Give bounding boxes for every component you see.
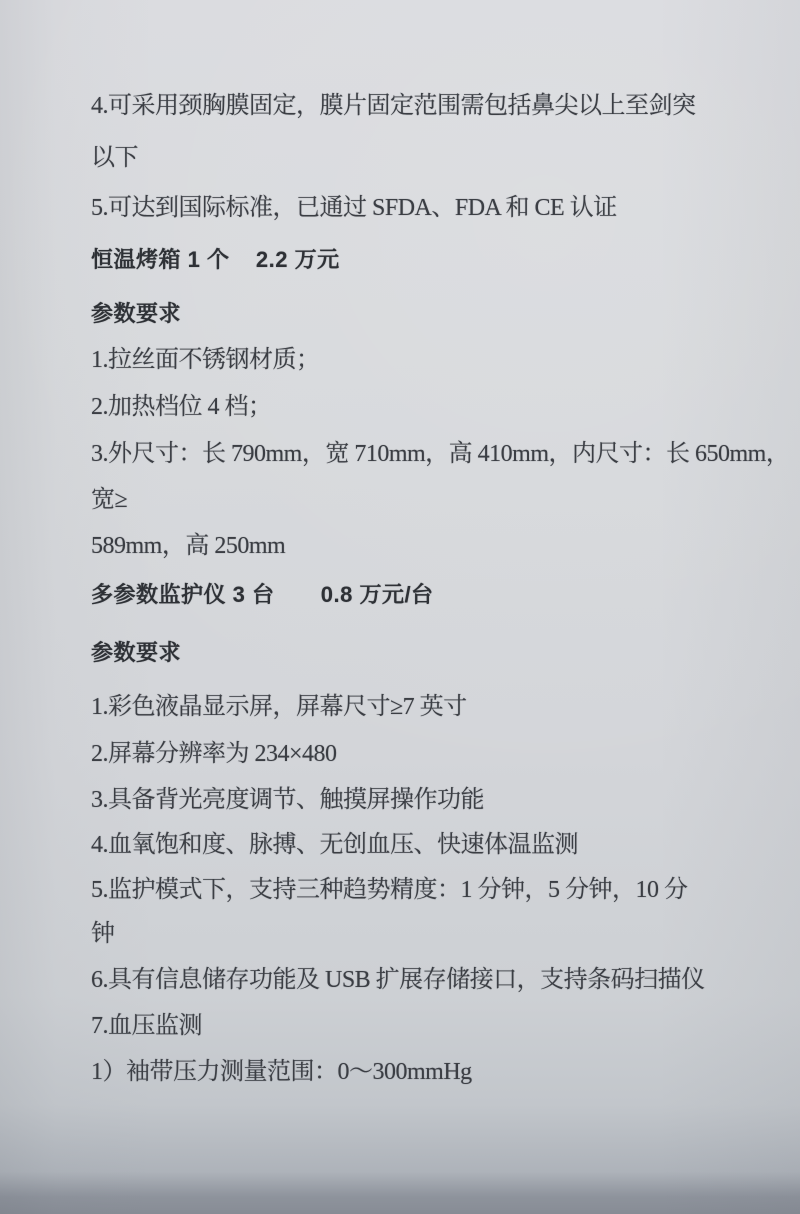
document-line: 钟 xyxy=(91,921,115,949)
section-heading-params-1: 参数要求 xyxy=(91,301,181,326)
document-line: 1.彩色液晶显示屏，屏幕尺寸≥7 英寸 xyxy=(91,694,467,722)
document-line: 以下 xyxy=(91,145,138,173)
document-line: 3.具备背光亮度调节、触摸屏操作功能 xyxy=(91,787,484,815)
document-photo: 4.可采用颈胸膜固定，膜片固定范围需包括鼻尖以上至剑突 以下 5.可达到国际标准… xyxy=(0,0,800,1214)
document-line: 7.血压监测 xyxy=(91,1013,202,1041)
document-line: 5.监护模式下，支持三种趋势精度：1 分钟，5 分钟，10 分 xyxy=(91,877,688,905)
section-heading-params-2: 参数要求 xyxy=(91,640,181,665)
document-line: 1）袖带压力测量范围：0～300mmHg xyxy=(91,1059,472,1087)
document-line: 4.可采用颈胸膜固定，膜片固定范围需包括鼻尖以上至剑突 xyxy=(91,93,696,121)
product-heading-oven: 恒温烤箱 1 个 2.2 万元 xyxy=(91,247,340,272)
document-line: 3.外尺寸：长 790mm，宽 710mm，高 410mm，内尺寸：长 650m… xyxy=(91,441,789,469)
document-line: 2.加热档位 4 档； xyxy=(91,394,272,422)
product-heading-monitor: 多参数监护仪 3 台 0.8 万元/台 xyxy=(91,582,434,607)
document-line: 1.拉丝面不锈钢材质； xyxy=(91,347,320,375)
document-line: 宽≥ xyxy=(91,487,127,515)
document-line: 4.血氧饱和度、脉搏、无创血压、快速体温监测 xyxy=(91,832,578,860)
document-line: 2.屏幕分辨率为 234×480 xyxy=(91,741,337,769)
document-line: 589mm，高 250mm xyxy=(91,533,285,561)
document-line: 5.可达到国际标准，已通过 SFDA、FDA 和 CE 认证 xyxy=(91,195,617,223)
document-line: 6.具有信息储存功能及 USB 扩展存储接口，支持条码扫描仪 xyxy=(91,967,705,995)
